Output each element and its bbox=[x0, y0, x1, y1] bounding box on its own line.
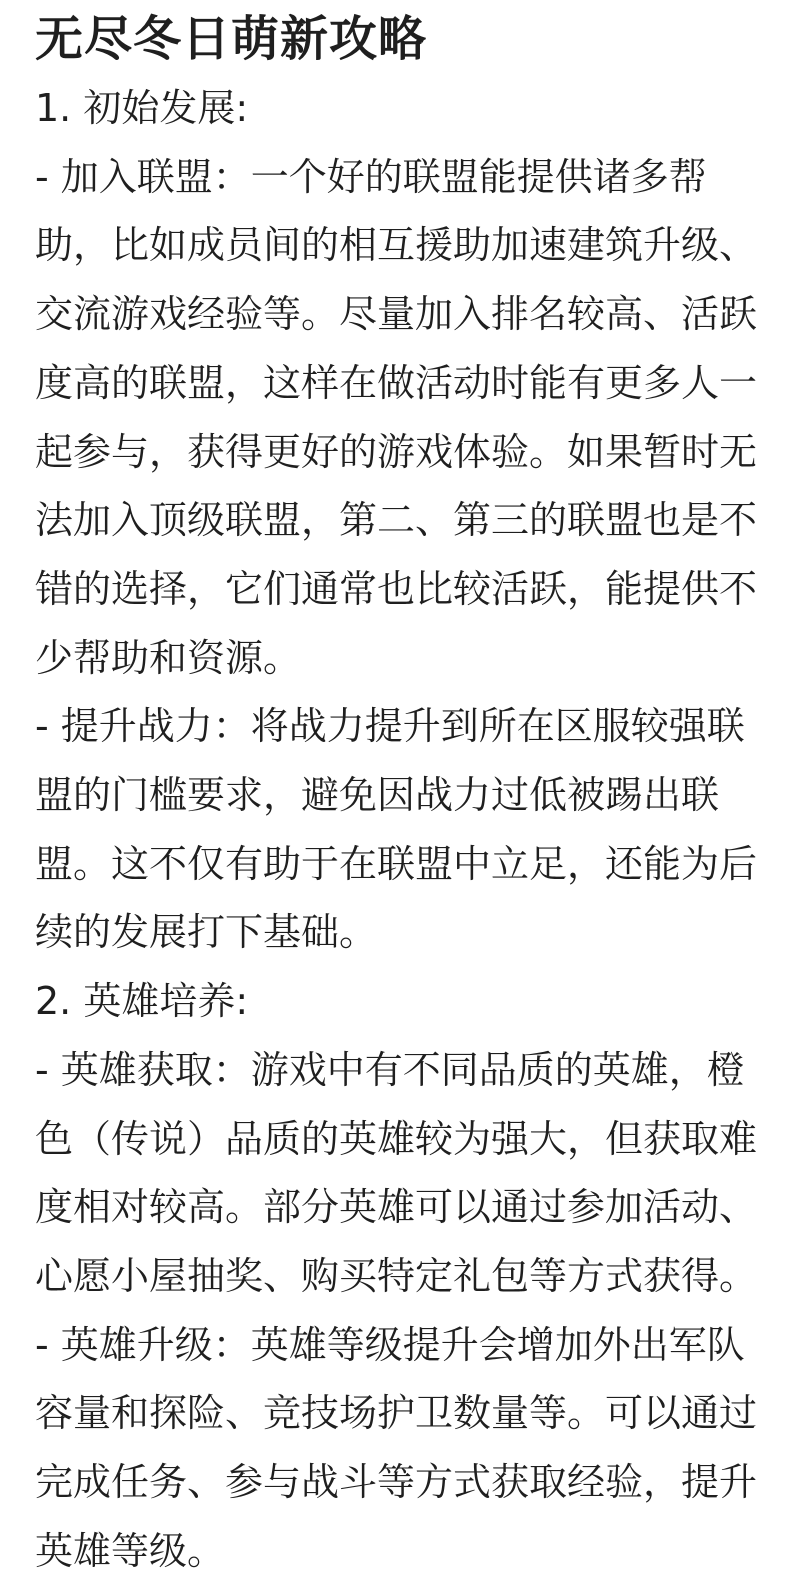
text-line: 度高的联盟，这样在做活动时能有更多人一 bbox=[35, 349, 765, 418]
article-title: 无尽冬日萌新攻略 bbox=[35, 4, 765, 74]
text-line: - 提升战力：将战力提升到所在区服较强联 bbox=[35, 692, 765, 761]
text-line: 起参与，获得更好的游戏体验。如果暂时无 bbox=[35, 418, 765, 487]
article: 无尽冬日萌新攻略 1. 初始发展: - 加入联盟：一个好的联盟能提供诸多帮 助，… bbox=[0, 0, 800, 1587]
text-line: 心愿小屋抽奖、购买特定礼包等方式获得。 bbox=[35, 1242, 765, 1311]
text-line: - 加入联盟：一个好的联盟能提供诸多帮 bbox=[35, 143, 765, 212]
text-line: 续的发展打下基础。 bbox=[35, 898, 765, 967]
text-line: 错的选择，它们通常也比较活跃，能提供不 bbox=[35, 555, 765, 624]
text-line: 盟的门槛要求，避免因战力过低被踢出联 bbox=[35, 761, 765, 830]
section-heading: 1. 初始发展: bbox=[35, 74, 765, 143]
text-line: 助，比如成员间的相互援助加速建筑升级、 bbox=[35, 211, 765, 280]
text-line: 完成任务、参与战斗等方式获取经验，提升 bbox=[35, 1448, 765, 1517]
text-line: 少帮助和资源。 bbox=[35, 624, 765, 693]
section-heading: 2. 英雄培养: bbox=[35, 967, 765, 1036]
text-line: 色（传说）品质的英雄较为强大，但获取难 bbox=[35, 1105, 765, 1174]
text-line: 交流游戏经验等。尽量加入排名较高、活跃 bbox=[35, 280, 765, 349]
text-line: 容量和探险、竞技场护卫数量等。可以通过 bbox=[35, 1379, 765, 1448]
text-line: - 英雄升级：英雄等级提升会增加外出军队 bbox=[35, 1311, 765, 1380]
text-line: - 英雄获取：游戏中有不同品质的英雄，橙 bbox=[35, 1036, 765, 1105]
text-line: 度相对较高。部分英雄可以通过参加活动、 bbox=[35, 1173, 765, 1242]
text-line: 盟。这不仅有助于在联盟中立足，还能为后 bbox=[35, 830, 765, 899]
text-line: 英雄等级。 bbox=[35, 1517, 765, 1586]
text-line: 法加入顶级联盟，第二、第三的联盟也是不 bbox=[35, 486, 765, 555]
